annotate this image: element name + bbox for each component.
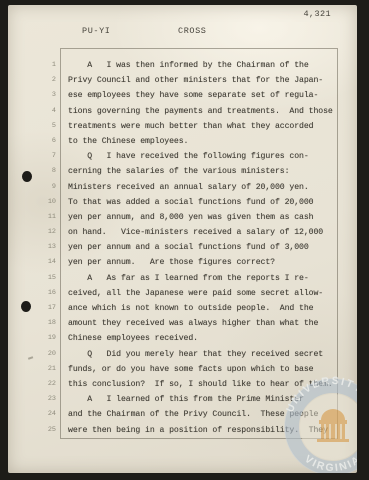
transcript-line: yen per annum, and 8,000 yen was given t… xyxy=(68,210,340,225)
transcript-line: Privy Council and other ministers that f… xyxy=(68,73,340,88)
line-number: 16 xyxy=(38,286,56,301)
line-number: 17 xyxy=(38,301,56,316)
page-number: 4,321 xyxy=(303,9,331,19)
line-number: 4 xyxy=(38,104,56,119)
transcript-line: ese employees they have some separate se… xyxy=(68,88,340,103)
transcript-line: Q I have received the following figures … xyxy=(68,149,340,164)
line-number: 19 xyxy=(38,331,56,346)
pencil-mark xyxy=(28,356,33,359)
transcript-line: on hand. Vice-ministers received a salar… xyxy=(68,225,340,240)
transcript-line: tions governing the payments and treatme… xyxy=(68,104,340,119)
line-number: 8 xyxy=(38,164,56,179)
line-number: 25 xyxy=(38,423,56,438)
line-number: 2 xyxy=(38,73,56,88)
line-number: 22 xyxy=(38,377,56,392)
line-number: 20 xyxy=(38,347,56,362)
line-number: 23 xyxy=(38,392,56,407)
line-number: 11 xyxy=(38,210,56,225)
header-witness-name: PU-YI xyxy=(82,26,111,36)
line-number: 6 xyxy=(38,134,56,149)
line-number: 1 xyxy=(38,58,56,73)
university-of-virginia-stamp: UNIVERSITY OF VIRGINIA xyxy=(278,372,357,473)
transcript-line: yen per annum and a social functions fun… xyxy=(68,240,340,255)
transcript-line: A As far as I learned from the reports I… xyxy=(68,271,340,286)
line-number: 18 xyxy=(38,316,56,331)
punch-hole-bottom xyxy=(21,301,31,312)
line-number: 13 xyxy=(38,240,56,255)
document-page: 4,321 PU-YI CROSS 1234567891011121314151… xyxy=(8,5,357,473)
punch-hole-top xyxy=(22,171,32,182)
transcript-line: amount they received was always higher t… xyxy=(68,316,340,331)
transcript-line: ceived, all the Japanese were paid some … xyxy=(68,286,340,301)
line-number: 12 xyxy=(38,225,56,240)
transcript-line: yen per annum. Are those figures correct… xyxy=(68,255,340,270)
transcript-line: Chinese employees received. xyxy=(68,331,340,346)
line-number: 7 xyxy=(38,149,56,164)
transcript-line: treatments were much better than what th… xyxy=(68,119,340,134)
transcript-line: Q Did you merely hear that they received… xyxy=(68,347,340,362)
transcript-line: cerning the salaries of the various mini… xyxy=(68,164,340,179)
transcript-line: A I was then informed by the Chairman of… xyxy=(68,58,340,73)
transcript-line: To that was added a social functions fun… xyxy=(68,195,340,210)
line-number: 10 xyxy=(38,195,56,210)
line-number: 15 xyxy=(38,271,56,286)
line-number: 14 xyxy=(38,255,56,270)
line-number-column: 1234567891011121314151617181920212223242… xyxy=(38,58,56,438)
line-number: 5 xyxy=(38,119,56,134)
transcript-line: to the Chinese employees. xyxy=(68,134,340,149)
line-number: 9 xyxy=(38,180,56,195)
line-number: 3 xyxy=(38,88,56,103)
header-examination-type: CROSS xyxy=(178,26,207,36)
line-number: 24 xyxy=(38,407,56,422)
transcript-line: Ministers received an annual salary of 2… xyxy=(68,180,340,195)
line-number: 21 xyxy=(38,362,56,377)
transcript-line: ance which is not known to outside peopl… xyxy=(68,301,340,316)
